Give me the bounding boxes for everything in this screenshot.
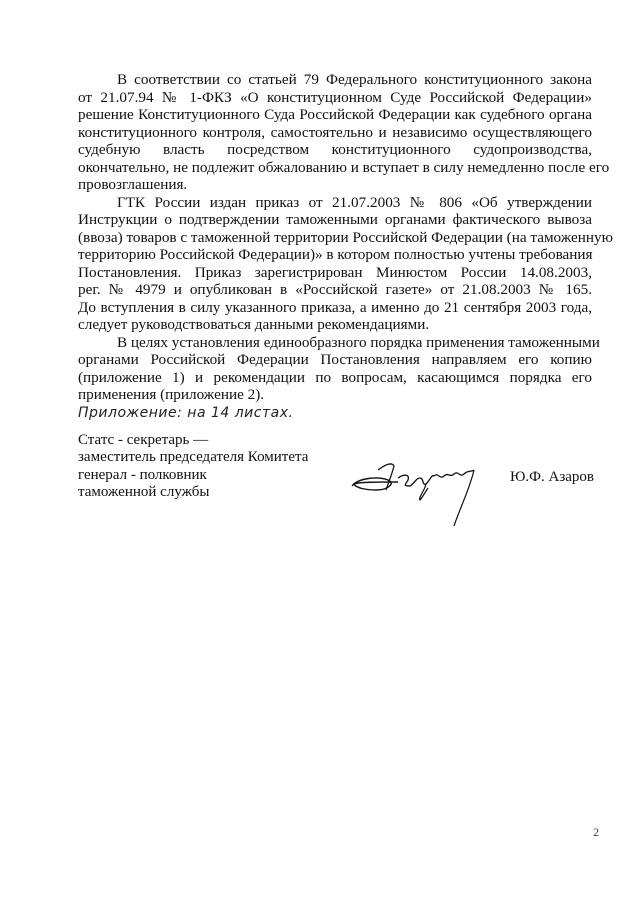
paragraph-3-line-3: (приложение 1) и рекомендации по вопроса… xyxy=(78,369,592,387)
document-page: В соответствии со статьей 79 Федеральног… xyxy=(0,0,640,900)
paragraph-3-line-2: органами Российской Федерации Постановле… xyxy=(78,351,592,369)
paragraph-1-line-6: окончательно, не подлежит обжалованию и … xyxy=(78,159,592,177)
paragraph-2-line-8: следует руководствоваться данными рекоме… xyxy=(78,316,592,334)
paragraph-1-line-4: конституционного контроля, самостоятельн… xyxy=(78,124,592,142)
paragraph-1-line-3: решение Конституционного Суда Российской… xyxy=(78,106,592,124)
paragraph-3-line-4: применения (приложение 2). xyxy=(78,386,592,404)
paragraph-2-line-5: Постановления. Приказ зарегистрирован Ми… xyxy=(78,264,592,282)
signer-title-line-3: генерал - полковник xyxy=(78,467,308,484)
signer-name: Ю.Ф. Азаров xyxy=(510,469,594,486)
paragraph-1-line-1: В соответствии со статьей 79 Федеральног… xyxy=(117,71,592,89)
paragraph-2-line-1: ГТК России издан приказ от 21.07.2003 № … xyxy=(117,194,592,212)
handwritten-signature-icon xyxy=(348,448,503,528)
signer-title-line-4: таможенной службы xyxy=(78,484,308,501)
signature-block: Статс - секретарь — заместитель председа… xyxy=(78,432,308,501)
paragraph-1-line-2: от 21.07.94 № 1-ФКЗ «О конституционном С… xyxy=(78,89,592,107)
paragraph-2-line-4: территорию Российской Федерации)» в кото… xyxy=(78,246,592,264)
signer-title-line-2: заместитель председателя Комитета xyxy=(78,449,308,466)
page-number: 2 xyxy=(593,825,599,840)
paragraph-3-line-1: В целях установления единообразного поря… xyxy=(117,334,592,352)
paragraph-2-line-2: Инструкции о подтверждении таможенными о… xyxy=(78,211,592,229)
paragraph-2-line-3: (ввоза) товаров с таможенной территории … xyxy=(78,229,592,247)
paragraph-1-line-7: провозглашения. xyxy=(78,176,592,194)
signer-title-line-1: Статс - секретарь — xyxy=(78,432,308,449)
paragraph-2-line-6: рег. № 4979 и опубликован в «Российской … xyxy=(78,281,592,299)
paragraph-1-line-5: судебную власть посредством конституцион… xyxy=(78,141,592,159)
handwritten-attachment-note: Приложение: на 14 листах. xyxy=(78,405,293,421)
paragraph-2-line-7: До вступления в силу указанного приказа,… xyxy=(78,299,592,317)
